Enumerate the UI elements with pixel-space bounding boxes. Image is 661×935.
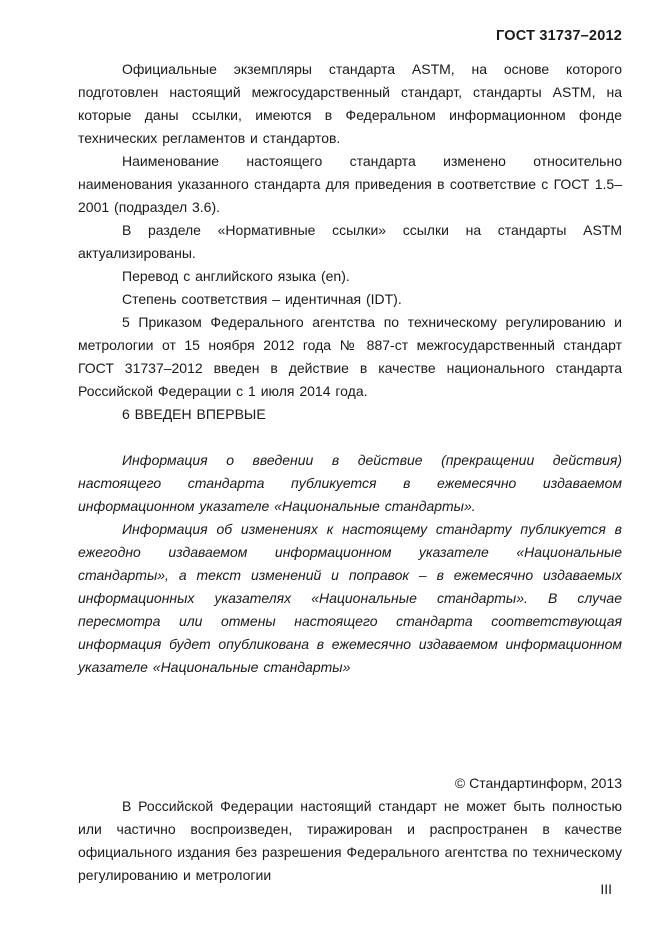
paragraph-introduced-first-time: 6 ВВЕДЕН ВПЕРВЫЕ (78, 403, 622, 426)
copyright-line: © Стандартинформ, 2013 (78, 772, 622, 795)
paragraph-official-copies: Официальные экземпляры стандарта ASTM, н… (78, 58, 622, 150)
paragraph-references-updated: В разделе «Нормативные ссылки» ссылки на… (78, 219, 622, 265)
paragraph-degree-of-conformity: Степень соответствия – идентичная (IDT). (78, 288, 622, 311)
reproduction-restriction-paragraph: В Российской Федерации настоящий стандар… (78, 795, 622, 887)
italic-paragraph-amendments-info: Информация об изменениях к настоящему ст… (78, 518, 622, 679)
paragraph-order-enactment: 5 Приказом Федерального агентства по тех… (78, 311, 622, 403)
page-content: ГОСТ 31737–2012 Официальные экземпляры с… (78, 28, 622, 887)
copyright-block: © Стандартинформ, 2013 В Российской Феде… (78, 772, 622, 887)
document-title-header: ГОСТ 31737–2012 (78, 28, 622, 45)
document-page: ГОСТ 31737–2012 Официальные экземпляры с… (0, 0, 661, 935)
publication-info-block: Информация о введении в действие (прекра… (78, 449, 622, 679)
paragraph-name-changed: Наименование настоящего стандарта измене… (78, 150, 622, 219)
italic-paragraph-enactment-info: Информация о введении в действие (прекра… (78, 449, 622, 518)
foreword-body: Официальные экземпляры стандарта ASTM, н… (78, 58, 622, 426)
page-number: III (600, 878, 612, 901)
paragraph-translation: Перевод с английского языка (en). (78, 265, 622, 288)
